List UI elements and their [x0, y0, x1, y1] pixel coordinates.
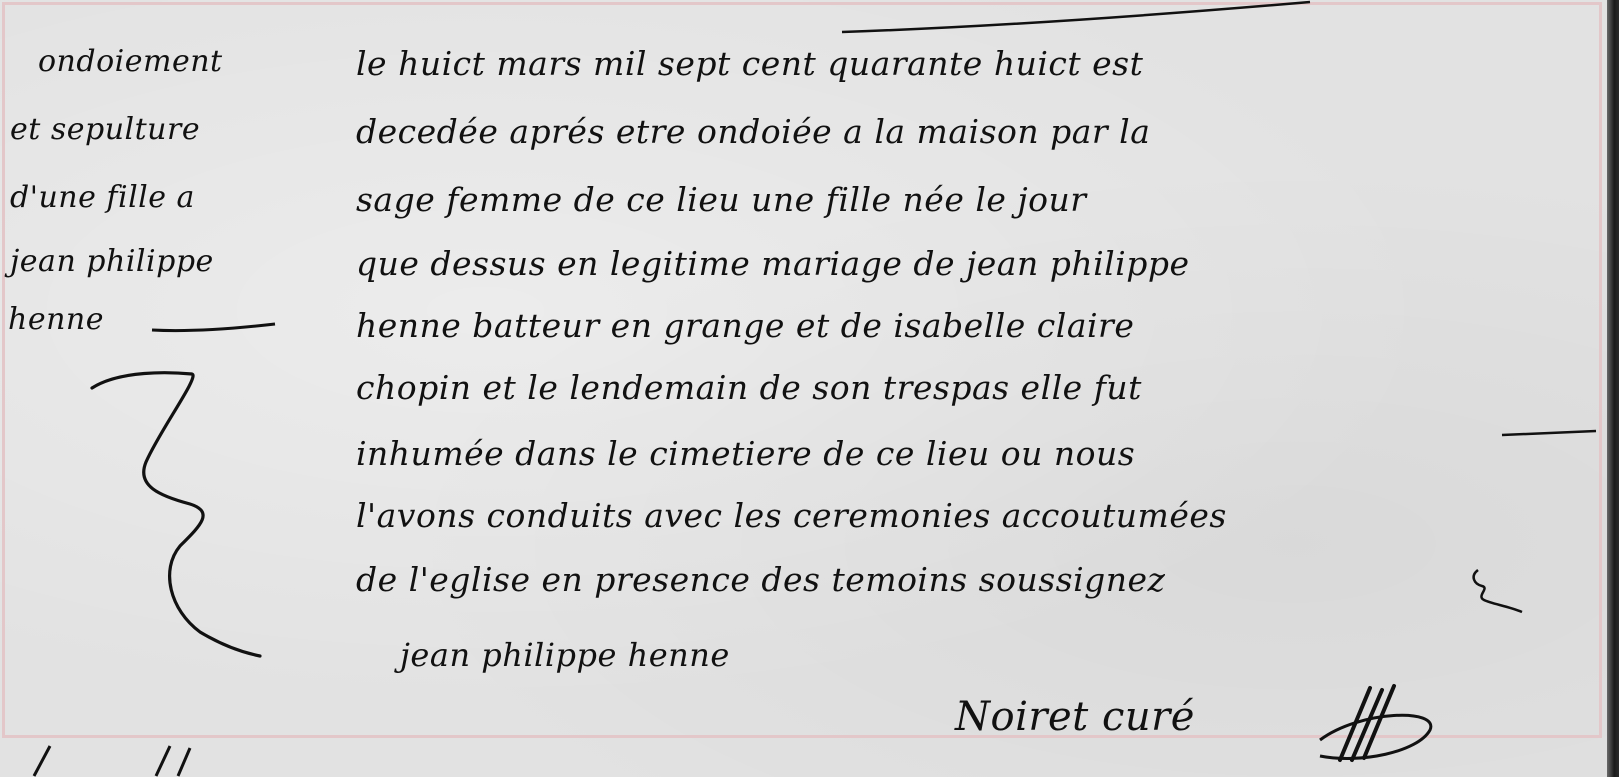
margin-note-line-3: d'une fille a	[10, 180, 195, 215]
document-scan: ondoiement et sepulture d'une fille a je…	[0, 0, 1619, 777]
entry-line-5: henne batteur en grange et de isabelle c…	[356, 306, 1134, 345]
entry-line-4: que dessus en legitime mariage de jean p…	[356, 244, 1190, 283]
entry-line-7: inhumée dans le cimetiere de ce lieu ou …	[356, 434, 1135, 473]
witness-signature: jean philippe henne	[400, 636, 730, 674]
paraph-flourish-icon	[1300, 680, 1450, 770]
entry-line-3: sage femme de ce lieu une fille née le j…	[356, 180, 1087, 219]
margin-note-line-1: ondoiement	[38, 44, 223, 79]
margin-note-line-4: jean philippe	[10, 244, 214, 279]
top-flourish-stroke	[840, 0, 1320, 44]
next-entry-partial-strokes	[20, 744, 220, 777]
entry-line-9: de l'eglise en presence des temoins sous…	[356, 560, 1165, 599]
entry-line-6: chopin et le lendemain de son trespas el…	[356, 368, 1142, 407]
margin-note-line-5: henne	[8, 302, 104, 337]
end-flourish-stroke	[1468, 566, 1528, 620]
page-binding-edge	[1607, 0, 1619, 777]
margin-note-line-2: et sepulture	[10, 112, 200, 147]
margin-underline-stroke	[150, 318, 280, 342]
curate-signature: Noiret curé	[955, 694, 1195, 740]
entry-line-8: l'avons conduits avec les ceremonies acc…	[356, 496, 1227, 535]
line-filler-dash	[1500, 424, 1600, 443]
entry-line-2: decedée aprés etre ondoiée a la maison p…	[356, 112, 1150, 151]
margin-flourish-icon	[80, 370, 280, 670]
entry-line-1: le huict mars mil sept cent quarante hui…	[356, 44, 1143, 83]
